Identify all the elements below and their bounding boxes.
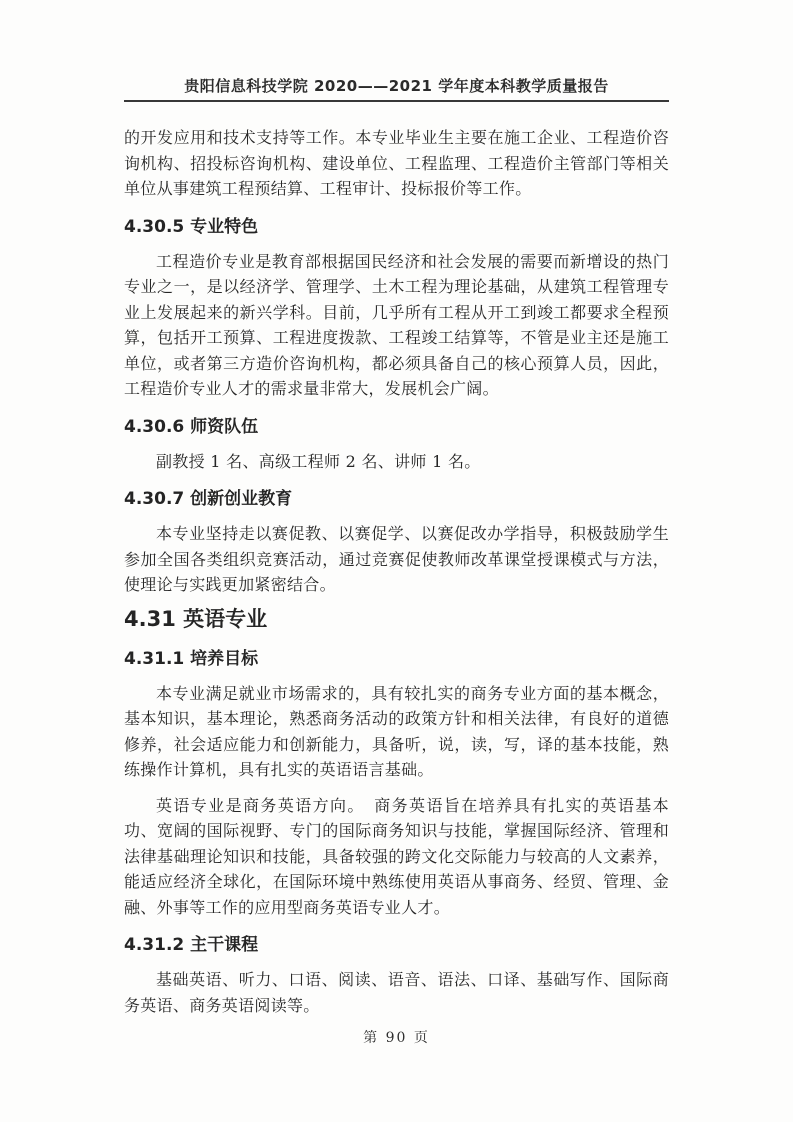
paragraph-4-31-1-a: 本专业满足就业市场需求的，具有较扎实的商务专业方面的基本概念，基本知识，基本理论… [124,681,669,783]
paragraph-4-30-7: 本专业坚持走以赛促教、以赛促学、以赛促改办学指导，积极鼓励学生参加全国各类组织竞… [124,521,669,598]
section-heading-4-30-6: 4.30.6 师资队伍 [124,415,669,439]
paragraph-4-30-6: 副教授 1 名、高级工程师 2 名、讲师 1 名。 [124,449,669,475]
document-page: 贵阳信息科技学院 2020——2021 学年度本科教学质量报告 的开发应用和技术… [0,0,793,1122]
page-header-title: 贵阳信息科技学院 2020——2021 学年度本科教学质量报告 [124,0,669,96]
paragraph-4-31-2: 基础英语、听力、口语、阅读、语音、语法、口译、基础写作、国际商务英语、商务英语阅… [124,967,669,1018]
section-heading-4-30-5: 4.30.5 专业特色 [124,215,669,239]
section-heading-4-30-7: 4.30.7 创新创业教育 [124,487,669,511]
header-rule [124,100,669,102]
paragraph-4-30-5: 工程造价专业是教育部根据国民经济和社会发展的需要而新增设的热门专业之一，是以经济… [124,249,669,402]
page-content: 贵阳信息科技学院 2020——2021 学年度本科教学质量报告 的开发应用和技术… [124,0,669,1018]
section-heading-4-31-1: 4.31.1 培养目标 [124,647,669,671]
paragraph-continued: 的开发应用和技术支持等工作。本专业毕业生主要在施工企业、工程造价咨询机构、招投标… [124,125,669,202]
section-heading-4-31-2: 4.31.2 主干课程 [124,933,669,957]
paragraph-4-31-1-b: 英语专业是商务英语方向。 商务英语旨在培养具有扎实的英语基本功、宽阔的国际视野、… [124,793,669,921]
page-number: 第 90 页 [0,1029,793,1047]
section-heading-4-31: 4.31 英语专业 [124,604,669,634]
